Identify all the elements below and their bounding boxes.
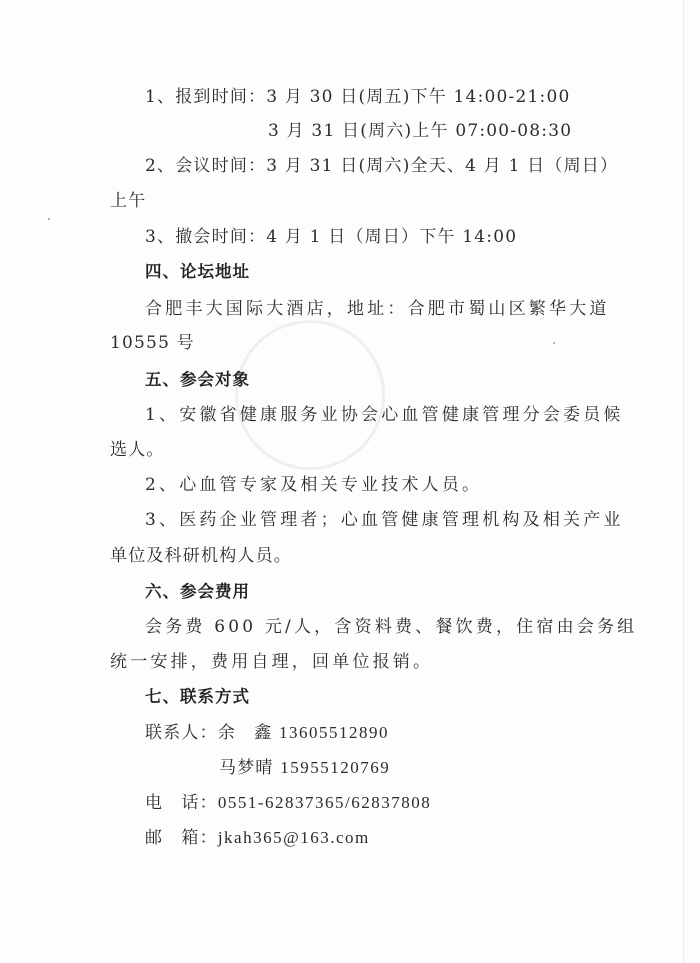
contact-phone: 电 话：0551-62837365/62837808: [145, 792, 431, 814]
contact-email: 邮 箱：jkah365@163.com: [145, 827, 370, 849]
contact-phone-value: 0551-62837365/62837808: [218, 793, 431, 812]
contact-person-label: 联系人：: [145, 723, 218, 743]
participants-item-3-line-2: 单位及科研机构人员。: [110, 545, 292, 567]
contact-heading: 七、联系方式: [145, 686, 250, 708]
meeting-time-line-1: 2、会议时间：3 月 31 日(周六)全天、4 月 1 日（周日）: [145, 155, 618, 177]
registration-label: 1、报到时间：: [145, 87, 266, 107]
registration-time-line-2: 3 月 31 日(周六)上午 07:00-08:30: [268, 120, 572, 142]
participants-heading: 五、参会对象: [145, 369, 250, 391]
faded-seal-stamp: [235, 320, 385, 470]
scan-speck: [48, 218, 50, 220]
contact-person-1: 联系人：余 鑫 13605512890: [145, 722, 389, 744]
participants-item-1-line-2: 选人。: [110, 439, 165, 461]
contact-email-value: jkah365@163.com: [218, 828, 370, 847]
participants-item-3-line-1: 3、医药企业管理者；心血管健康管理机构及相关产业: [145, 509, 624, 531]
registration-time-line-1: 1、报到时间：3 月 30 日(周五)下午 14:00-21:00: [145, 86, 570, 108]
venue-line-2: 10555 号: [110, 332, 195, 354]
contact-phone-label: 电 话：: [145, 793, 218, 813]
fees-line-2: 统一安排，费用自理，回单位报销。: [110, 651, 433, 673]
scan-speck: [553, 342, 555, 344]
fees-heading: 六、参会费用: [145, 581, 250, 603]
page-edge-line: [683, 0, 684, 963]
contact-person-2: 马梦晴 15955120769: [219, 757, 390, 779]
contact-email-label: 邮 箱：: [145, 828, 218, 848]
registration-time-1: 3 月 30 日(周五)下午 14:00-21:00: [266, 87, 570, 107]
fees-line-1: 会务费 600 元/人，含资料费、餐饮费，住宿由会务组: [145, 616, 637, 638]
venue-heading: 四、论坛地址: [145, 261, 250, 283]
participants-item-2: 2、心血管专家及相关专业技术人员。: [145, 474, 482, 496]
contact-person-1-phone: 13605512890: [279, 723, 389, 742]
participants-item-1-line-1: 1、安徽省健康服务业协会心血管健康管理分会委员候: [145, 404, 624, 426]
contact-person-2-phone: 15955120769: [280, 758, 390, 777]
contact-person-2-name: 马梦晴: [219, 758, 274, 778]
contact-person-1-name: 余 鑫: [218, 723, 273, 743]
venue-line-1: 合肥丰大国际大酒店，地址：合肥市蜀山区繁华大道: [145, 298, 610, 320]
meeting-time-line-2: 上午: [110, 190, 146, 212]
closing-time-line: 3、撤会时间：4 月 1 日（周日）下午 14:00: [145, 226, 517, 248]
